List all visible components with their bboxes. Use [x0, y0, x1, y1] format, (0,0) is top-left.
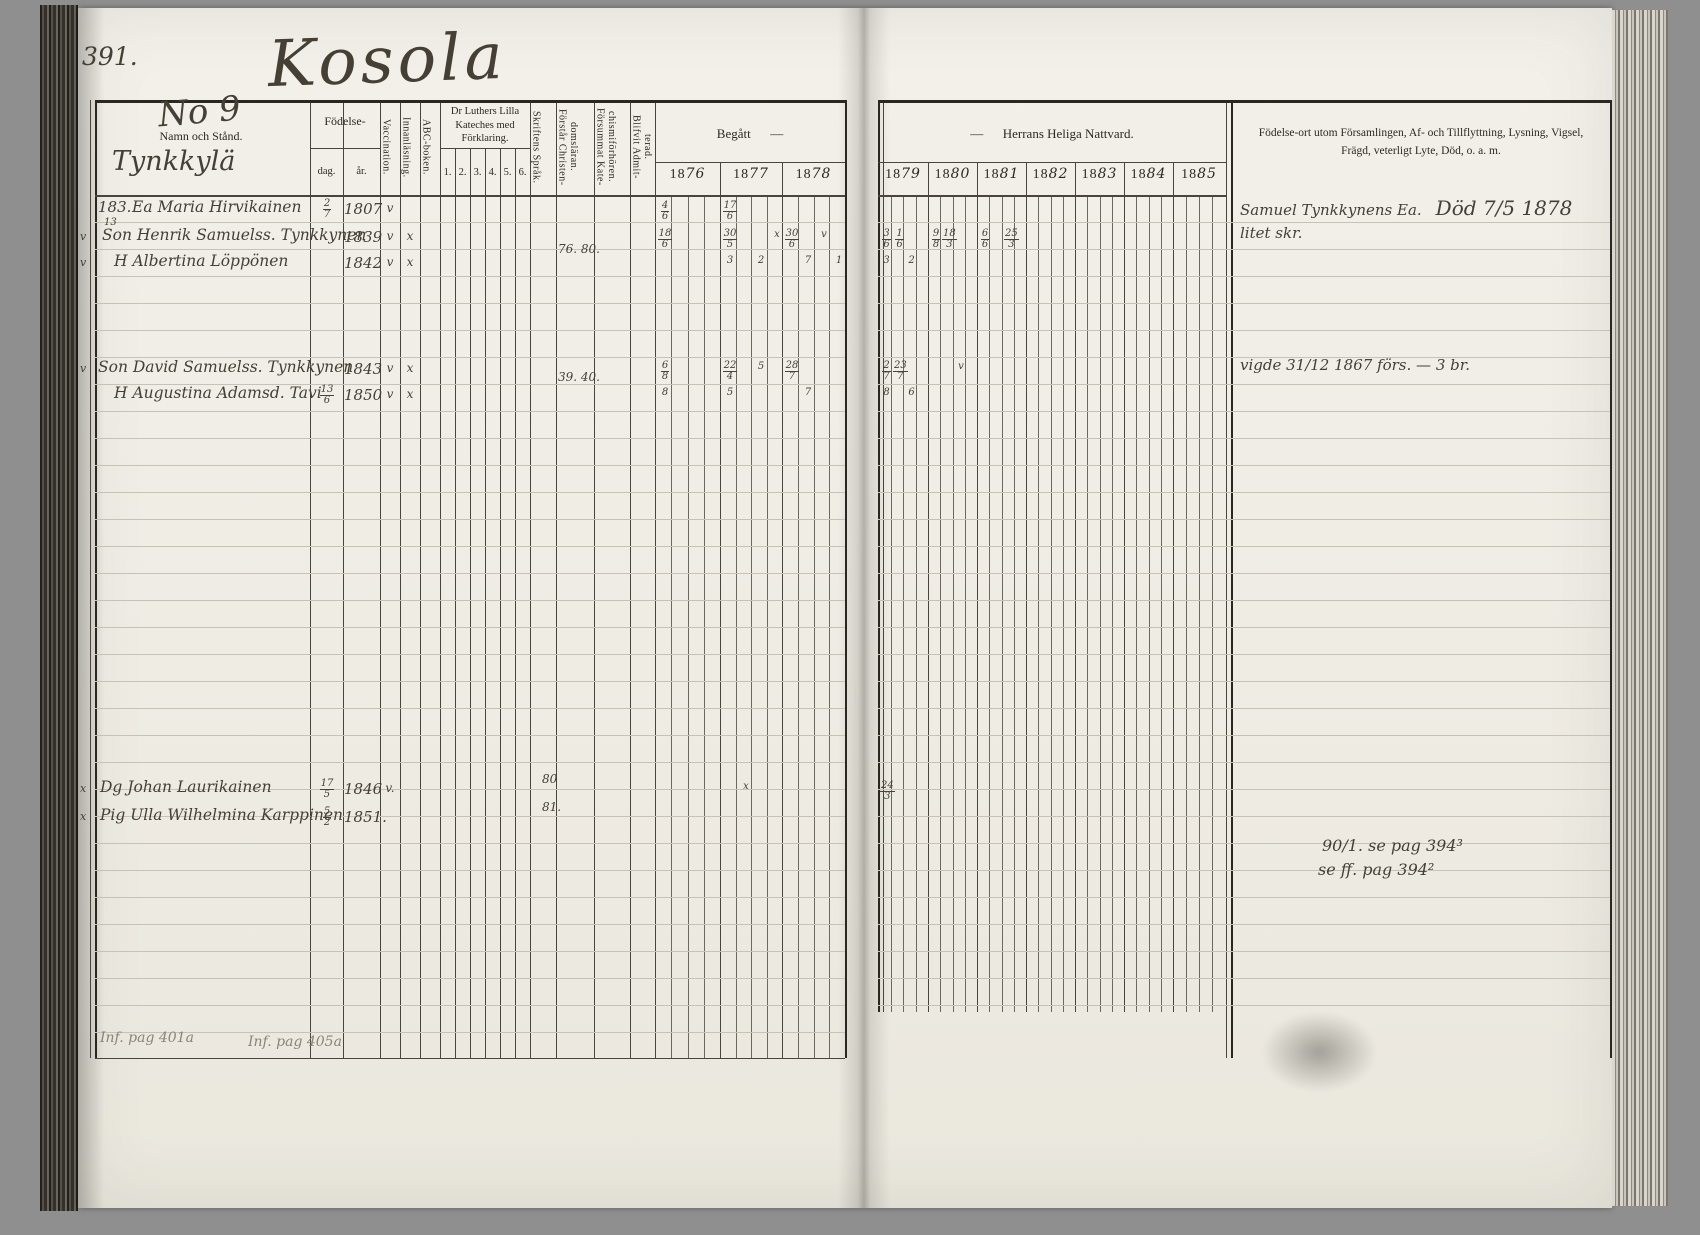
grid-line-h [95, 465, 845, 466]
page-number: 391. [82, 42, 138, 71]
grid-line-v [953, 195, 954, 1012]
vaccination-mark: v [381, 229, 399, 243]
year-label: 1878 [782, 166, 845, 183]
vaccination-mark: v [381, 361, 399, 375]
grid-line-v [630, 100, 631, 1058]
grid-line-h [95, 681, 845, 682]
birth-day: 27 [311, 199, 343, 220]
year-label: 1880 [928, 166, 977, 183]
birth-year: 1839 [344, 228, 380, 246]
notes-entry-emphasis: Död 7/5 1878 [1436, 196, 1573, 220]
grid-line-h [878, 546, 1610, 547]
grid-line-v [1002, 195, 1003, 1012]
communion-date-mark: 98 [930, 229, 942, 250]
grid-line-h [878, 1005, 1610, 1006]
exam-years-mark: 81. [542, 800, 561, 814]
communion-date-mark: 7 [800, 387, 816, 398]
grid-line-v [940, 195, 941, 1012]
communion-date-mark: 3 [880, 255, 893, 266]
grid-line-h [95, 1058, 845, 1059]
grid-line-h [95, 627, 845, 628]
communion-date-mark: 68 [657, 361, 673, 382]
grid-line-h [95, 546, 845, 547]
grid-line-h [878, 573, 1610, 574]
grid-line-v [845, 100, 847, 1058]
communion-date-mark: 5 [753, 361, 769, 372]
margin-mark: x [80, 782, 86, 795]
birth-year-header: år. [343, 166, 380, 177]
grid-line-h [95, 438, 845, 439]
communion-date-mark: v [955, 361, 967, 372]
grid-line-v [1610, 100, 1612, 1058]
grid-line-v [90, 100, 91, 1058]
year-label: 1876 [655, 166, 720, 183]
grid-line-h [878, 276, 1610, 277]
communion-date-mark: x [769, 229, 785, 240]
grid-line-v [916, 195, 917, 1012]
grid-line-v [455, 148, 456, 1058]
grid-line-v [1149, 195, 1150, 1012]
vaccination-mark: v [381, 255, 399, 269]
grid-line-h [878, 708, 1610, 709]
notes-header-line1: Födelse-ort utom Församlingen, Af- och T… [1238, 124, 1604, 142]
person-name: Dg Johan Laurikainen [100, 778, 272, 796]
communion-date-mark: 16 [893, 229, 906, 250]
grid-line-h [95, 924, 845, 925]
grid-line-v [420, 100, 421, 1058]
grid-line-h [878, 465, 1610, 466]
footer-ref-left-1: Inf. pag 401a [100, 1030, 194, 1046]
birth-year: 1842 [344, 254, 380, 272]
grid-line-h [878, 735, 1610, 736]
ink-smudge [1262, 1012, 1377, 1092]
grid-line-h [95, 708, 845, 709]
communion-date-mark: 183 [942, 229, 954, 250]
grid-line-v [928, 162, 929, 1012]
margin-mark: v [80, 362, 86, 375]
reading-header: Innanläsning. [400, 103, 420, 191]
person-name: Son David Samuelss. Tynkkynen [98, 358, 353, 376]
margin-mark: x [80, 810, 86, 823]
birth-year: 1851. [344, 808, 380, 826]
communion-date-mark: 7 [800, 255, 816, 266]
communion-date-mark: 2 [905, 255, 918, 266]
grid-line-h [878, 162, 1226, 163]
communion-header-left: Begått — [655, 126, 845, 142]
communion-date-mark: 306 [784, 229, 800, 250]
grid-line-h [878, 762, 1610, 763]
communion-header-right: — Herrans Heliga Nattvard. [878, 126, 1226, 142]
abc-book-header: ABC-boken. [420, 103, 440, 191]
year-label: 1879 [878, 166, 928, 183]
grid-line-v [1063, 195, 1064, 1012]
communion-date-mark: 27 [880, 361, 893, 382]
communion-date-mark: x [738, 781, 754, 792]
birth-day: 175 [311, 779, 343, 800]
communion-date-mark: 8 [880, 387, 893, 398]
grid-line-h [878, 843, 1610, 844]
grid-line-h [878, 384, 1610, 385]
communion-date-mark: 176 [722, 201, 738, 222]
grid-line-h [878, 789, 1610, 790]
exam-years-mark: 80 [542, 772, 557, 786]
grid-line-h [878, 654, 1610, 655]
grid-line-h [878, 438, 1610, 439]
catechism-header-line2: Kateches med [440, 119, 530, 133]
grid-line-h [878, 330, 1610, 331]
year-label: 1885 [1173, 166, 1225, 183]
grid-line-h [878, 897, 1610, 898]
grid-line-v [1173, 162, 1174, 1012]
grid-line-v [989, 195, 990, 1012]
grid-line-h [95, 303, 845, 304]
communion-date-mark: 305 [722, 229, 738, 250]
grid-line-h [878, 222, 1610, 223]
household-name: Tynkkylä [112, 146, 235, 177]
exam-years-mark: 76. 80. [558, 242, 600, 256]
catechism-header-line3: Förklaring. [440, 132, 530, 146]
grid-line-v [1051, 195, 1052, 1012]
page-ref-note-1: 90/1. se pag 394³ [1322, 836, 1463, 855]
grid-line-h [95, 978, 845, 979]
communion-date-mark: 237 [893, 361, 906, 382]
grid-line-h [95, 222, 845, 223]
communion-date-mark: 253 [1004, 229, 1016, 250]
year-label: 1877 [720, 166, 782, 183]
row-prefix: 183. [98, 198, 131, 216]
reading-mark: x [401, 387, 419, 401]
birth-year: 1846 [344, 780, 380, 798]
birth-year: 1850 [344, 386, 380, 404]
communion-date-mark: 46 [657, 201, 673, 222]
reading-mark: x [401, 361, 419, 375]
communion-date-mark: 6 [905, 387, 918, 398]
communion-date-mark: 36 [880, 229, 893, 250]
grid-line-h [878, 195, 1226, 197]
year-label: 1884 [1124, 166, 1173, 183]
grid-line-v [1100, 195, 1101, 1012]
grid-line-h [310, 148, 380, 149]
missed-exams-header: Försummat Kate- chismiförhören. [594, 103, 630, 191]
grid-line-v [1161, 195, 1162, 1012]
catechism-number: 4. [485, 167, 500, 178]
grid-line-v [1212, 195, 1213, 1012]
grid-line-h [878, 951, 1610, 952]
grid-line-h [878, 303, 1610, 304]
name-column-header: Namn och Stånd. [108, 129, 294, 144]
grid-line-v [515, 148, 516, 1058]
grid-line-h [95, 870, 845, 871]
grid-line-h [878, 492, 1610, 493]
grid-line-v [1124, 162, 1125, 1012]
birth-day-header: dag. [310, 166, 343, 177]
admitted-header-line2: terad. [642, 103, 654, 191]
communion-date-mark: v [816, 229, 832, 240]
grid-line-v [1136, 195, 1137, 1012]
reading-mark: x [401, 229, 419, 243]
vaccination-mark: v [381, 387, 399, 401]
missed-exams-header-line2: chismiförhören. [606, 103, 618, 191]
catechism-number: 2. [455, 167, 470, 178]
grid-line-h [95, 1032, 845, 1033]
grid-line-h [95, 573, 845, 574]
vaccination-mark: v. [381, 781, 399, 795]
grid-line-h [95, 951, 845, 952]
grid-line-v [500, 148, 501, 1058]
vaccination-mark: v [381, 201, 399, 215]
grid-line-v [95, 100, 97, 1058]
communion-date-mark: 186 [657, 229, 673, 250]
grid-line-v [977, 162, 978, 1012]
grid-line-v [1087, 195, 1088, 1012]
person-name: H Augustina Adamsd. Tavi [114, 384, 322, 402]
grid-line-h [95, 276, 845, 277]
grid-line-v [530, 100, 531, 1058]
grid-line-v [1231, 100, 1233, 1058]
communion-date-mark: 224 [722, 361, 738, 382]
birth-day: 136 [311, 385, 343, 406]
catechism-number: 3. [470, 167, 485, 178]
communion-date-mark: 5 [722, 387, 738, 398]
communion-date-mark: 3 [722, 255, 738, 266]
year-label: 1883 [1075, 166, 1124, 183]
communion-date-mark: 66 [979, 229, 991, 250]
catechism-number: 1. [440, 167, 455, 178]
notes-column-header: Födelse-ort utom Församlingen, Af- och T… [1238, 124, 1604, 161]
communion-date-mark: 243 [880, 781, 893, 802]
communion-date-mark: 287 [784, 361, 800, 382]
grid-line-v [1186, 195, 1187, 1012]
person-name: Son Henrik Samuelss. Tynkkynen [102, 226, 366, 244]
grid-line-h [440, 148, 530, 149]
scanned-book-spread: 391. Kosola No 9 Namn och Stånd. Tynkkyl… [0, 0, 1700, 1235]
grid-line-h [95, 330, 845, 331]
reading-mark: x [401, 255, 419, 269]
notes-entry: Samuel Tynkkynens Ea.Död 7/5 1878 [1240, 196, 1572, 220]
birth-day: 52 [311, 807, 343, 828]
communion-date-mark: 8 [657, 387, 673, 398]
grid-line-h [878, 870, 1610, 871]
village-title: Kosola [267, 20, 508, 102]
catechism-number: 6. [515, 167, 530, 178]
grid-line-v [440, 100, 441, 1058]
grid-line-h [95, 762, 845, 763]
scripture-header: Skriftens Språk. [530, 103, 556, 191]
margin-mark: v [80, 230, 86, 243]
grid-line-h [95, 600, 845, 601]
catechism-number: 5. [500, 167, 515, 178]
notes-entry: litet skr. [1240, 224, 1302, 242]
grid-line-v [1014, 195, 1015, 1012]
grid-line-h [95, 735, 845, 736]
understands-header-line2: domsläran. [568, 103, 580, 191]
person-name: Ea Maria Hirvikainen [132, 198, 301, 216]
margin-mark: v [80, 256, 86, 269]
birth-header: Födelse- [310, 114, 380, 129]
year-label: 1881 [977, 166, 1026, 183]
grid-line-h [95, 195, 845, 197]
communion-date-mark: 2 [753, 255, 769, 266]
missed-exams-header-line1: Försummat Kate- [594, 103, 606, 191]
grid-line-h [878, 681, 1610, 682]
grid-line-v [655, 100, 656, 1058]
year-label: 1882 [1026, 166, 1075, 183]
grid-line-h [95, 519, 845, 520]
grid-line-v [1199, 195, 1200, 1012]
admitted-header-line1: Blifvit Admit- [630, 103, 642, 191]
grid-line-v [1226, 100, 1227, 1058]
grid-line-h [95, 1005, 845, 1006]
admitted-header: Blifvit Admit- terad. [630, 103, 655, 191]
grid-line-h [95, 492, 845, 493]
catechism-header: Dr Luthers Lilla Kateches med Förklaring… [440, 105, 530, 146]
grid-line-h [878, 978, 1610, 979]
vaccination-header: Vaccination. [380, 103, 400, 191]
birth-year: 1843 [344, 360, 380, 378]
grid-line-v [1026, 162, 1027, 1012]
grid-line-v [965, 195, 966, 1012]
exam-years-mark: 39. 40. [558, 370, 600, 384]
grid-line-v [1038, 195, 1039, 1012]
grid-line-h [95, 654, 845, 655]
understands-header: Förstår Christen- domsläran. [556, 103, 594, 191]
grid-line-h [878, 100, 1610, 103]
notes-entry: vigde 31/12 1867 förs. — 3 br. [1240, 356, 1470, 374]
grid-line-h [878, 816, 1610, 817]
grid-line-h [655, 162, 845, 163]
grid-line-v [903, 195, 904, 1012]
grid-line-h [878, 411, 1610, 412]
person-name: H Albertina Löppönen [114, 252, 288, 270]
grid-line-h [878, 519, 1610, 520]
page-ref-note-2: se ff. pag 394² [1318, 860, 1434, 879]
grid-line-v [485, 148, 486, 1058]
grid-line-h [95, 897, 845, 898]
grid-line-h [95, 411, 845, 412]
birth-year: 1807 [344, 200, 380, 218]
notes-header-line2: Frägd, veterligt Lyte, Död, o. a. m. [1238, 142, 1604, 160]
grid-line-h [95, 843, 845, 844]
catechism-header-line1: Dr Luthers Lilla [440, 105, 530, 119]
communion-date-mark: 1 [831, 255, 847, 266]
footer-ref-left-2: Inf. pag 405a [248, 1034, 342, 1050]
grid-line-v [470, 148, 471, 1058]
grid-line-v [1112, 195, 1113, 1012]
grid-line-h [878, 627, 1610, 628]
grid-line-v [556, 100, 557, 1058]
grid-line-v [1075, 162, 1076, 1012]
grid-line-v [400, 100, 401, 1058]
grid-line-h [878, 924, 1610, 925]
understands-header-line1: Förstår Christen- [556, 103, 568, 191]
grid-line-h [878, 600, 1610, 601]
person-name: Pig Ulla Wilhelmina Karppinen [100, 806, 343, 824]
grid-line-v [891, 195, 892, 1012]
